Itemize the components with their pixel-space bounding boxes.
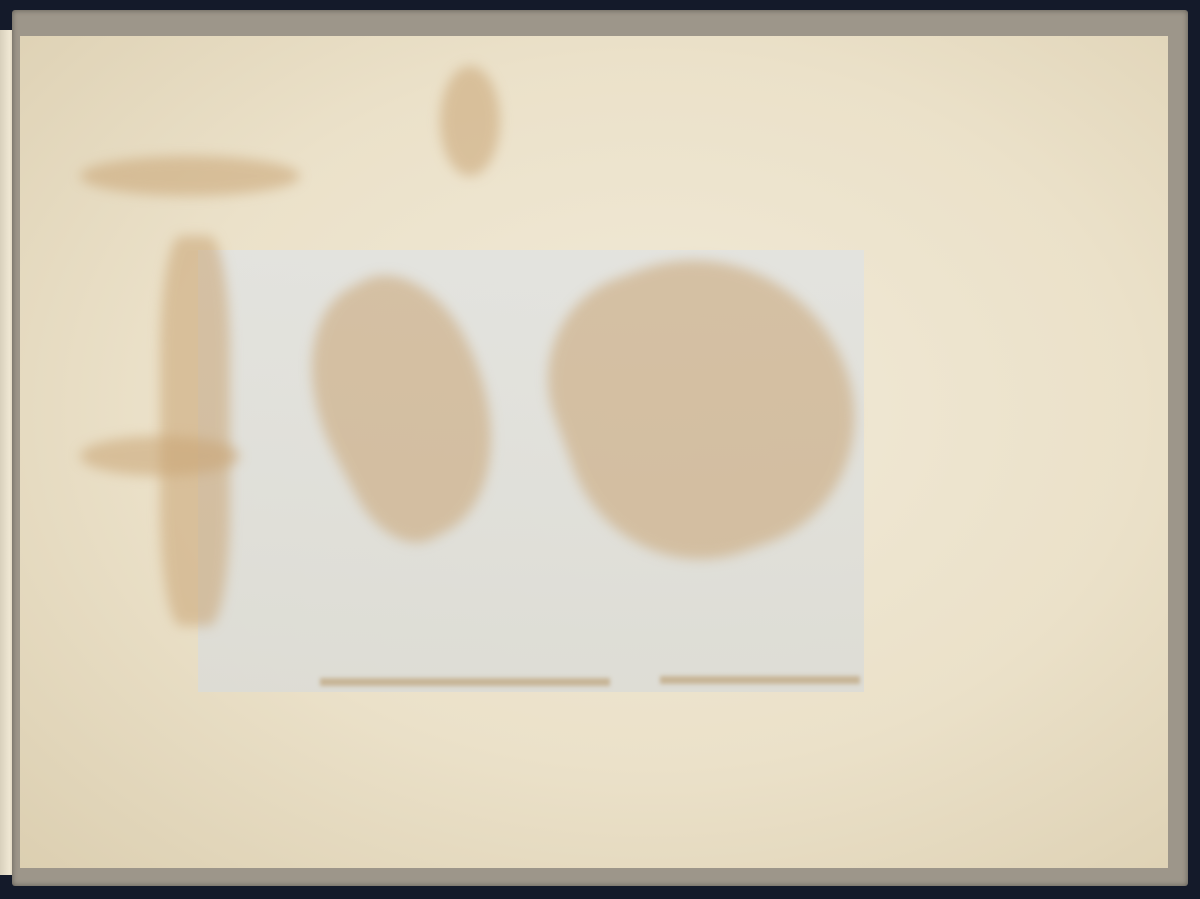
photo-scene	[0, 0, 1200, 899]
water-stain	[80, 436, 240, 476]
water-stain	[160, 236, 230, 626]
paper-page	[20, 36, 1168, 868]
water-stain	[440, 66, 500, 176]
water-stain	[80, 156, 300, 196]
glue-line	[320, 678, 610, 686]
glue-line	[660, 676, 860, 684]
